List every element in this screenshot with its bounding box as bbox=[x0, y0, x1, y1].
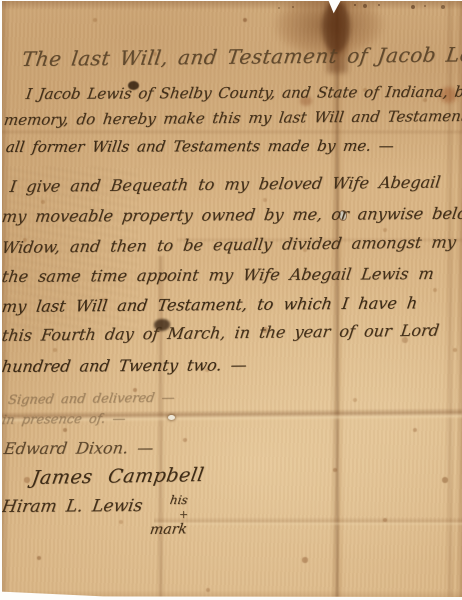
scanned-document-image: The last Will, and Testament of Jacob Le… bbox=[0, 0, 462, 600]
will-body-line: Widow, and then to be equally divided am… bbox=[2, 232, 457, 257]
will-heading: The last Will, and Testament of Jacob Le… bbox=[20, 42, 462, 71]
horizontal-crease-lower bbox=[154, 517, 462, 526]
signature-james-campbell: James Campbell bbox=[30, 464, 206, 489]
paper-hole-glint bbox=[168, 415, 175, 420]
will-body-line: memory, do hereby make this my last Will… bbox=[3, 107, 462, 129]
will-body-line: this Fourth day of March, in the year of… bbox=[2, 321, 440, 345]
will-body-line: hundred and Twenty two. — bbox=[2, 355, 248, 376]
signature-his-label: his bbox=[169, 493, 189, 507]
will-body-line: I give and Bequeath to my beloved Wife A… bbox=[9, 172, 442, 196]
paper-edge-shadow-top bbox=[2, 1, 462, 10]
will-body-line: all former Wills and Testaments made by … bbox=[5, 137, 395, 156]
signature-cross-mark: + bbox=[179, 508, 188, 521]
horizontal-crease-upper bbox=[2, 129, 462, 135]
document-page: The last Will, and Testament of Jacob Le… bbox=[2, 1, 462, 597]
foxing-spots bbox=[2, 1, 4, 3]
witness-signature: Edward Dixon. — bbox=[3, 438, 155, 458]
attestation-line: Signed and delivered — bbox=[7, 391, 176, 408]
signature-mark-label: mark bbox=[149, 521, 188, 538]
attestation-line: in presence of. — bbox=[2, 412, 126, 428]
signature-hiram-lewis: Hiram L. Lewis bbox=[2, 496, 144, 517]
paper-edge-shadow-bottom bbox=[2, 590, 462, 597]
will-body-line: my moveable property owned by me, or any… bbox=[2, 203, 462, 226]
will-body-line: the same time appoint my Wife Abegail Le… bbox=[2, 264, 435, 286]
will-body-line: my last Will and Testament, to which I h… bbox=[2, 293, 419, 316]
will-body-line: I Jacob Lewis of Shelby County, and Stat… bbox=[25, 83, 462, 103]
faint-docket-marks bbox=[354, 4, 356, 6]
